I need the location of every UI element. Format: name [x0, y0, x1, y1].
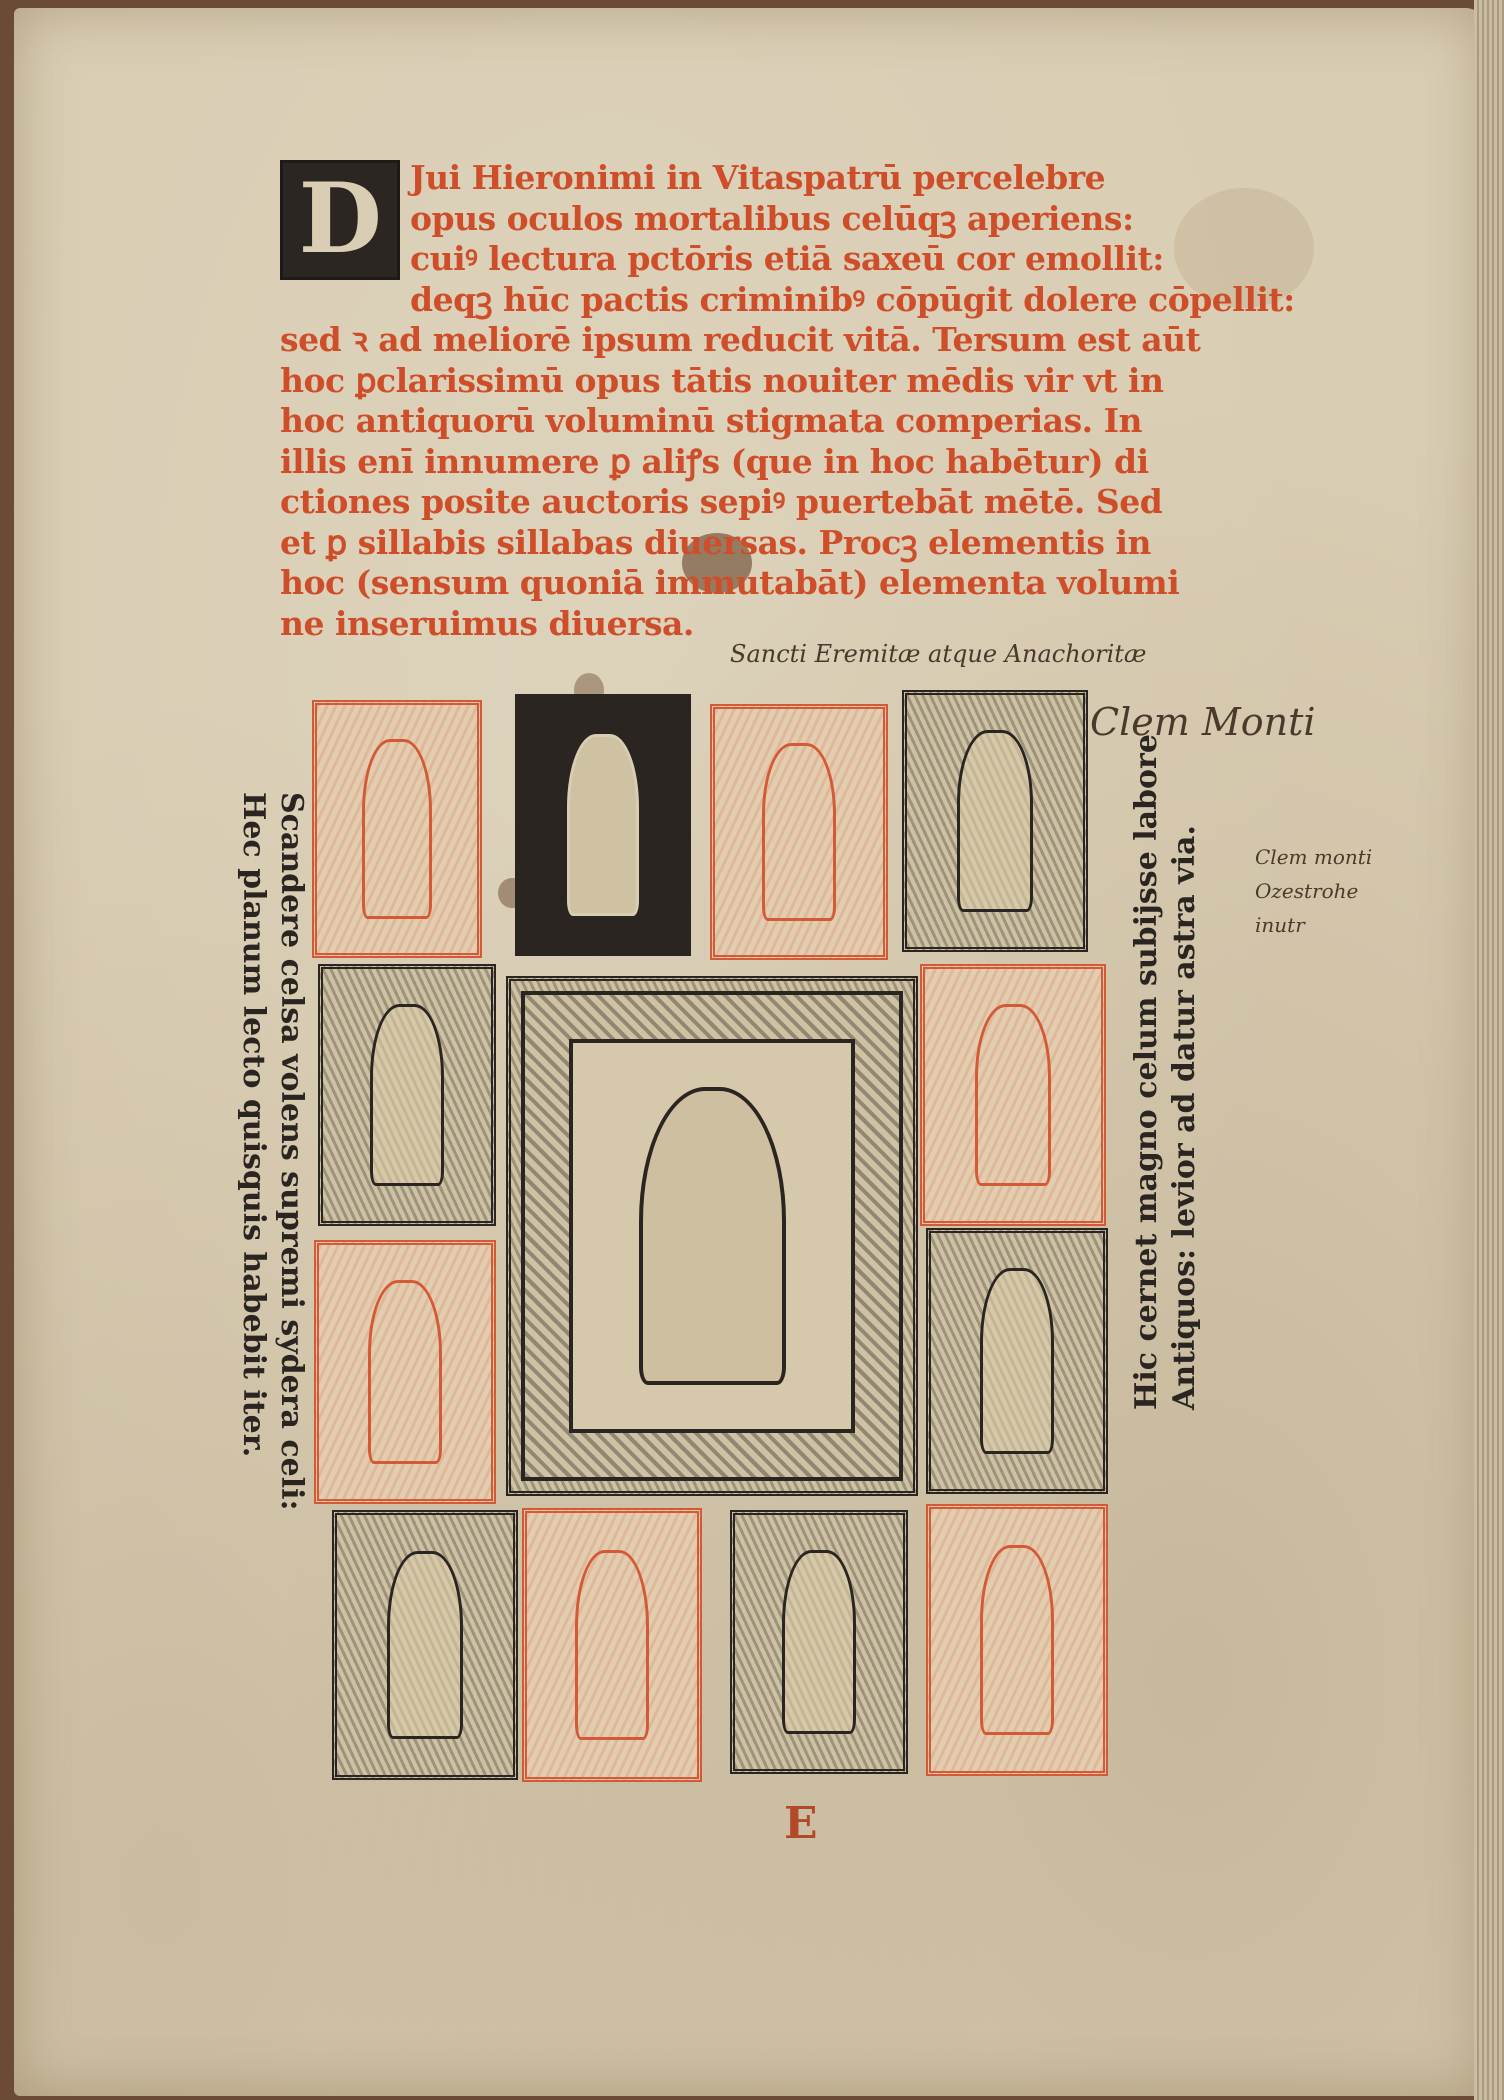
woodcut-saints-church — [710, 704, 888, 960]
verse-left-line: Scandere celsa volens supremi sydera cel… — [272, 792, 310, 1511]
intro-line: ctiones posite auctoris sepiꝰ puertebāt … — [280, 482, 1100, 523]
intro-line: cuiꝰ lectura pctōris etiā saxeū cor emol… — [280, 239, 1100, 280]
woodcut-female-saint — [314, 1240, 496, 1504]
jerome-scene — [569, 1039, 855, 1433]
woodcut-virgin-child — [730, 1510, 908, 1774]
woodcut-haloed-saint — [522, 1508, 702, 1782]
woodcut-monk — [515, 694, 691, 956]
intro-line: hoc (sensum quoniā immutabāt) elementa v… — [280, 563, 1100, 604]
intro-line: ne inseruimus diuersa. — [280, 604, 1100, 645]
verse-left-line: Hec planum lecto quisquis habebit iter. — [234, 792, 272, 1511]
woodcut-saint-balcony — [920, 964, 1106, 1226]
woodcut-three-hermits — [902, 690, 1088, 952]
intro-line: opus oculos mortalibus celūqꝫ aperiens: — [280, 199, 1100, 240]
printed-intro-text: D Jui Hieronimi in Vitaspatrū percelebre… — [280, 158, 1100, 644]
verse-right-line: Antiquos: levior ad datur astra via. — [1166, 734, 1204, 1410]
intro-line: illis enī innumere ꝑ aliꝭs (que in hoc h… — [280, 442, 1100, 483]
woodcut-saint-jerome — [506, 976, 918, 1496]
woodcut-hermit-tower — [332, 1510, 518, 1780]
woodcut-hermit-saint — [312, 700, 482, 958]
verse-right: Hic cernet magno celum subijsse labore A… — [1128, 734, 1204, 1410]
handwritten-margin-note: Clem monti Ozestrohe inutr — [1255, 840, 1395, 942]
intro-line: hoc antiquorū voluminū stigmata comperia… — [280, 401, 1100, 442]
woodcut-saints-table — [926, 1504, 1108, 1776]
intro-line: et ꝑ sillabis sillabas diuersas. Procꝫ e… — [280, 523, 1100, 564]
verse-left: Scandere celsa volens supremi sydera cel… — [234, 792, 310, 1511]
signature-mark: E — [784, 1798, 818, 1849]
intro-line: hoc ꝑclarissimū opus tātis nouiter mēdis… — [280, 361, 1100, 402]
page-edges — [1474, 0, 1504, 2100]
intro-line: sed ꝛ ad meliorē ipsum reducit vitā. Ter… — [280, 320, 1100, 361]
verse-right-line: Hic cernet magno celum subijsse labore — [1128, 734, 1166, 1410]
decorated-initial: D — [280, 160, 400, 280]
intro-line: Jui Hieronimi in Vitaspatrū percelebre — [280, 158, 1100, 199]
woodcut-hermit-landscape — [926, 1228, 1108, 1494]
woodcut-hermit-writing — [318, 964, 496, 1226]
intro-line: deqꝫ hūc pactis criminibꝰ cōpūgit dolere… — [280, 280, 1100, 321]
handwritten-note-sancti: Sancti Eremitæ atque Anachoritæ — [730, 640, 1146, 668]
